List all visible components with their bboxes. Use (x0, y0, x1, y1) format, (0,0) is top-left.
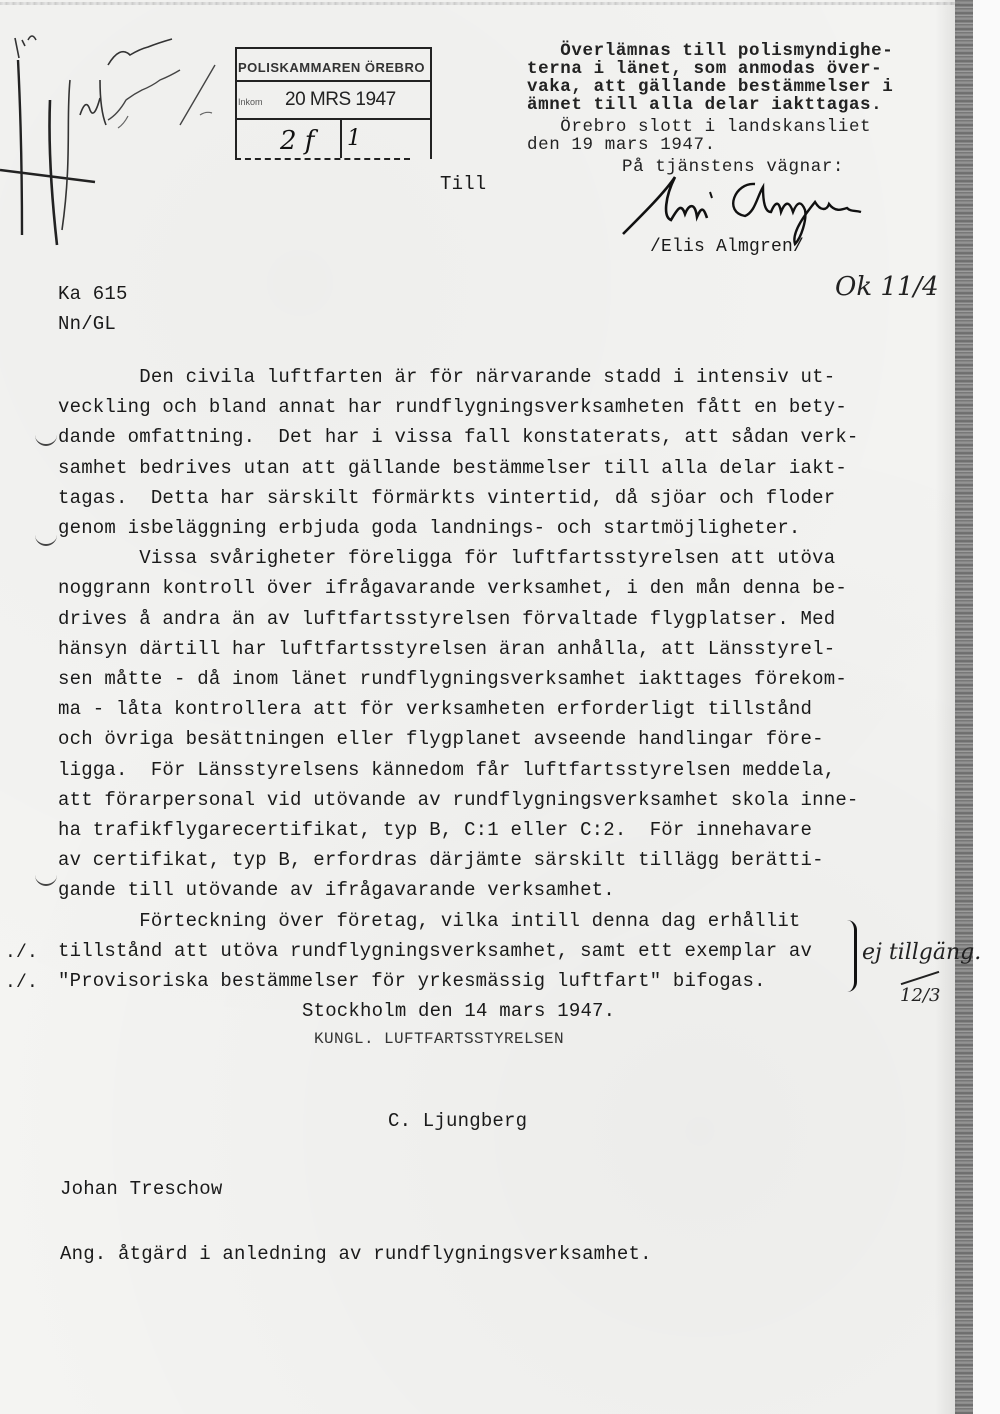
scan-binding-edge (955, 0, 973, 1414)
cover-note-line: Örebro slott i landskansliet (527, 118, 871, 136)
authority-name: KUNGL. LUFTFARTSSTYRELSEN (314, 1030, 564, 1048)
police-registry-stamp: POLISKAMMAREN ÖREBRO Inkom 20 MRS 1947 2… (235, 42, 430, 162)
stamp-registry-sub: 1 (347, 126, 361, 151)
body-line: och övriga besättningen eller flygplanet… (58, 728, 824, 750)
enclosure-mark: ./. (5, 973, 38, 993)
body-line: drives å andra än av luftfartsstyrelsen … (58, 608, 835, 630)
till-label: Till (440, 173, 486, 195)
handwritten-annotation-top-left (0, 20, 230, 250)
cover-note-line: den 19 mars 1947. (527, 136, 716, 154)
cover-note-line: vaka, att gällande bestämmelser i (527, 78, 893, 96)
stamp-date: 20 MRS 1947 (285, 89, 396, 111)
body-line: veckling och bland annat har rundflygnin… (58, 396, 847, 418)
body-line: tagas. Detta har särskilt förmärkts vint… (58, 487, 835, 509)
handwritten-initials-right: Ok 11/4 (835, 272, 939, 302)
body-line: dande omfattning. Det har i vissa fall k… (58, 426, 859, 448)
body-line: att förarpersonal vid utövande av rundfl… (58, 789, 859, 811)
body-line: ligga. För Länsstyrelsens kännedom får l… (58, 759, 835, 781)
stamp-inkom-label: Inkom (238, 97, 263, 107)
stamp-title: POLISKAMMAREN ÖREBRO (238, 60, 425, 75)
handwritten-enclosure-note: ej tillgäng. (862, 940, 981, 965)
body-line: gande till utövande av ifrågavarande ver… (58, 879, 615, 901)
body-line: av certifikat, typ B, erfordras därjämte… (58, 849, 824, 871)
body-line: samhet bedrives utan att gällande bestäm… (58, 457, 847, 479)
cover-note-signatory: /Elis Almgren/ (650, 237, 804, 257)
margin-tick-mark (35, 532, 57, 546)
cover-note-line: Överlämnas till polismyndighe- (527, 42, 893, 60)
margin-tick-mark (35, 872, 57, 886)
enclosure-bracket (842, 920, 857, 992)
body-line: ha trafikflygarecertifikat, typ B, C:1 e… (58, 819, 812, 841)
handwritten-enclosure-date: 12/3 (900, 985, 940, 1006)
body-line: tillstånd att utöva rundflygningsverksam… (58, 940, 812, 962)
case-number: Ka 615 (58, 283, 128, 305)
subject-line: Ang. åtgärd i anledning av rundflygnings… (60, 1243, 652, 1265)
handwritten-underline (901, 971, 940, 985)
body-line: Förteckning över företag, vilka intill d… (58, 910, 801, 932)
scan-top-edge (0, 2, 960, 5)
body-line: ma - låta kontrollera att för verksamhet… (58, 698, 812, 720)
cover-note-line: terna i länet, som anmodas över- (527, 60, 882, 78)
scan-margin (973, 0, 1000, 1414)
body-line: "Provisoriska bestämmelser för yrkesmäss… (58, 970, 766, 992)
reference-initials: Nn/GL (58, 313, 116, 335)
scanned-letter-page: POLISKAMMAREN ÖREBRO Inkom 20 MRS 1947 2… (0, 0, 1000, 1414)
body-line: hänsyn därtill har luftfartsstyrelsen är… (58, 638, 835, 660)
scan-shadow (935, 0, 957, 1414)
place-date: Stockholm den 14 mars 1947. (302, 1000, 615, 1022)
cover-note-line: ämnet till alla delar iakttagas. (527, 96, 882, 114)
body-line: Vissa svårigheter föreligga för luftfart… (58, 547, 835, 569)
body-line: genom isbeläggning erbjuda goda landning… (58, 517, 801, 539)
signer-name: C. Ljungberg (388, 1110, 527, 1132)
body-line: sen måtte - då inom länet rundflygningsv… (58, 668, 847, 690)
enclosure-mark: ./. (5, 943, 38, 963)
body-line: Den civila luftfarten är för närvarande … (58, 366, 835, 388)
countersigner-name: Johan Treschow (60, 1178, 222, 1200)
margin-tick-mark (35, 432, 57, 446)
body-line: noggrann kontroll över ifrågavarande ver… (58, 577, 847, 599)
stamp-registry-number: 2 f (280, 126, 314, 156)
